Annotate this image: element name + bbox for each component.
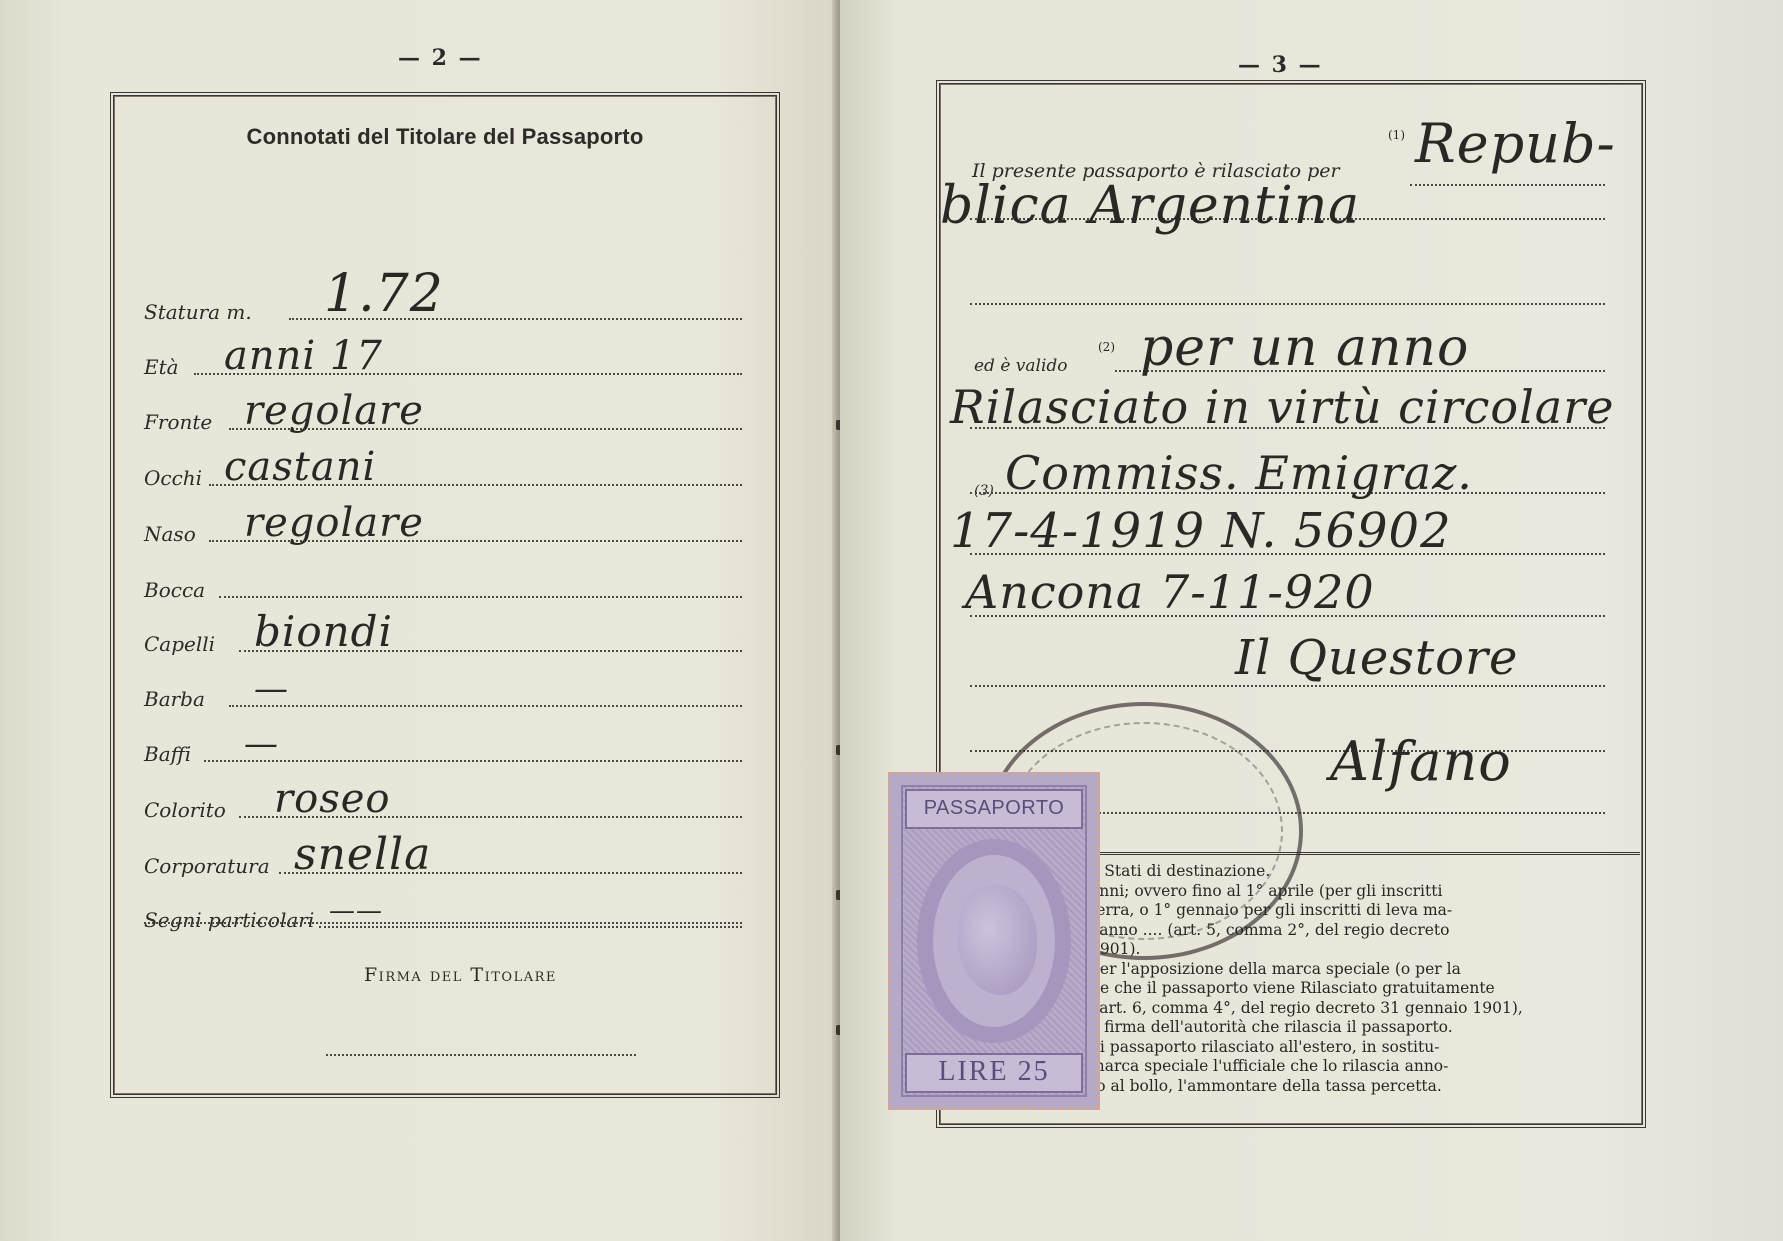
dotted-line (1410, 184, 1605, 186)
validity-value: per un anno (1140, 318, 1469, 378)
footnote-line: di passaporto rilasciato all'estero, in … (1090, 1038, 1630, 1058)
dotted-line (319, 926, 742, 928)
footnote-line: anni; ovvero fino al 1° aprile (per gli … (1090, 882, 1630, 902)
field-eta: Età anni 17 (144, 341, 742, 381)
footnote-line: to al bollo, l'ammontare della tassa per… (1090, 1077, 1630, 1097)
characteristics-frame: Connotati del Titolare del Passaporto St… (110, 92, 780, 1098)
field-label: Bocca (144, 578, 205, 602)
footnote-line: terra, o 1° gennaio per gli inscritti di… (1090, 901, 1630, 921)
signature-line (326, 1054, 636, 1056)
field-baffi: Baffi — (144, 728, 742, 768)
field-value: — (244, 724, 279, 764)
field-value: 1.72 (324, 264, 444, 324)
field-value: regolare (244, 500, 424, 546)
footnote-line: e firma dell'autorità che rilascia il pa… (1090, 1018, 1630, 1038)
note-marker: (3) (974, 483, 994, 499)
field-value: — (254, 669, 289, 709)
field-label: Capelli (144, 632, 215, 656)
field-label: Età (144, 355, 179, 379)
field-label: Naso (144, 522, 196, 546)
revenue-stamp: PASSAPORTO LIRE 25 (888, 772, 1100, 1110)
footnote-line: per l'apposizione della marca speciale (… (1090, 960, 1630, 980)
valid-label: ed è valido (974, 356, 1068, 376)
field-barba: Barba — (144, 673, 742, 713)
field-statura: Statura m. 1.72 (144, 286, 742, 326)
footnote-line: o Stati di destinazione. (1090, 862, 1630, 882)
dotted-line (219, 596, 742, 598)
dotted-line (144, 922, 742, 924)
field-colorito: Colorito roseo (144, 784, 742, 824)
note-marker: (1) (1388, 128, 1405, 142)
field-value: snella (294, 829, 431, 880)
field-naso: Naso regolare (144, 508, 742, 548)
field-label: Baffi (144, 742, 191, 766)
field-bocca: Bocca (144, 564, 742, 604)
field-label: Occhi (144, 466, 202, 490)
field-value: anni 17 (224, 333, 383, 379)
page-title: Connotati del Titolare del Passaporto (114, 124, 776, 150)
dotted-line (970, 303, 1605, 305)
page-number: — 3 — (1238, 52, 1323, 78)
official-title: Il Questore (1235, 630, 1518, 686)
destination-value-line2: blica Argentina (940, 176, 1360, 236)
field-label: Segni particolari (144, 908, 314, 932)
field-value: castani (224, 444, 376, 490)
field-label: Fronte (144, 410, 212, 434)
footnote-line: l'anno .... (art. 5, comma 2°, del regio… (1090, 921, 1630, 941)
field-segni-particolari: Segni particolari —— (144, 894, 742, 934)
field-label: Barba (144, 687, 205, 711)
footnotes: o Stati di destinazione. anni; ovvero fi… (1090, 862, 1630, 1096)
left-page: — 2 — Connotati del Titolare del Passapo… (0, 0, 838, 1241)
field-corporatura: Corporatura snella (144, 840, 742, 880)
signature-label: Firma del Titolare (364, 964, 557, 986)
dotted-line (204, 760, 742, 762)
field-label: Statura m. (144, 300, 252, 324)
stamp-top-label: PASSAPORTO (905, 789, 1083, 829)
field-value: roseo (274, 776, 390, 822)
handwritten-line: Ancona 7-11-920 (965, 565, 1375, 619)
footnote-line: ne che il passaporto viene Rilasciato gr… (1090, 979, 1630, 999)
handwritten-line: 17-4-1919 N. 56902 (950, 503, 1452, 559)
field-value: biondi (254, 607, 393, 656)
field-label: Colorito (144, 798, 226, 822)
stamp-value-label: LIRE 25 (905, 1053, 1083, 1093)
footnote-line: 1901). (1090, 940, 1630, 960)
handwritten-line: Commiss. Emigraz. (1005, 446, 1473, 500)
page-number: — 2 — (398, 45, 483, 71)
destination-value-line1: Repub- (1415, 112, 1616, 175)
official-signature: Alfano (1330, 730, 1512, 793)
field-label: Corporatura (144, 854, 270, 878)
field-fronte: Fronte regolare (144, 396, 742, 436)
field-occhi: Occhi castani (144, 452, 742, 492)
field-value: regolare (244, 388, 424, 434)
footnote-line: l'art. 6, comma 4°, del regio decreto 31… (1090, 999, 1630, 1019)
dotted-line (229, 705, 742, 707)
field-capelli: Capelli biondi (144, 618, 742, 658)
footnote-line: marca speciale l'ufficiale che lo rilasc… (1090, 1057, 1630, 1077)
handwritten-line: Rilasciato in virtù circolare (950, 380, 1614, 434)
note-marker: (2) (1098, 340, 1115, 354)
